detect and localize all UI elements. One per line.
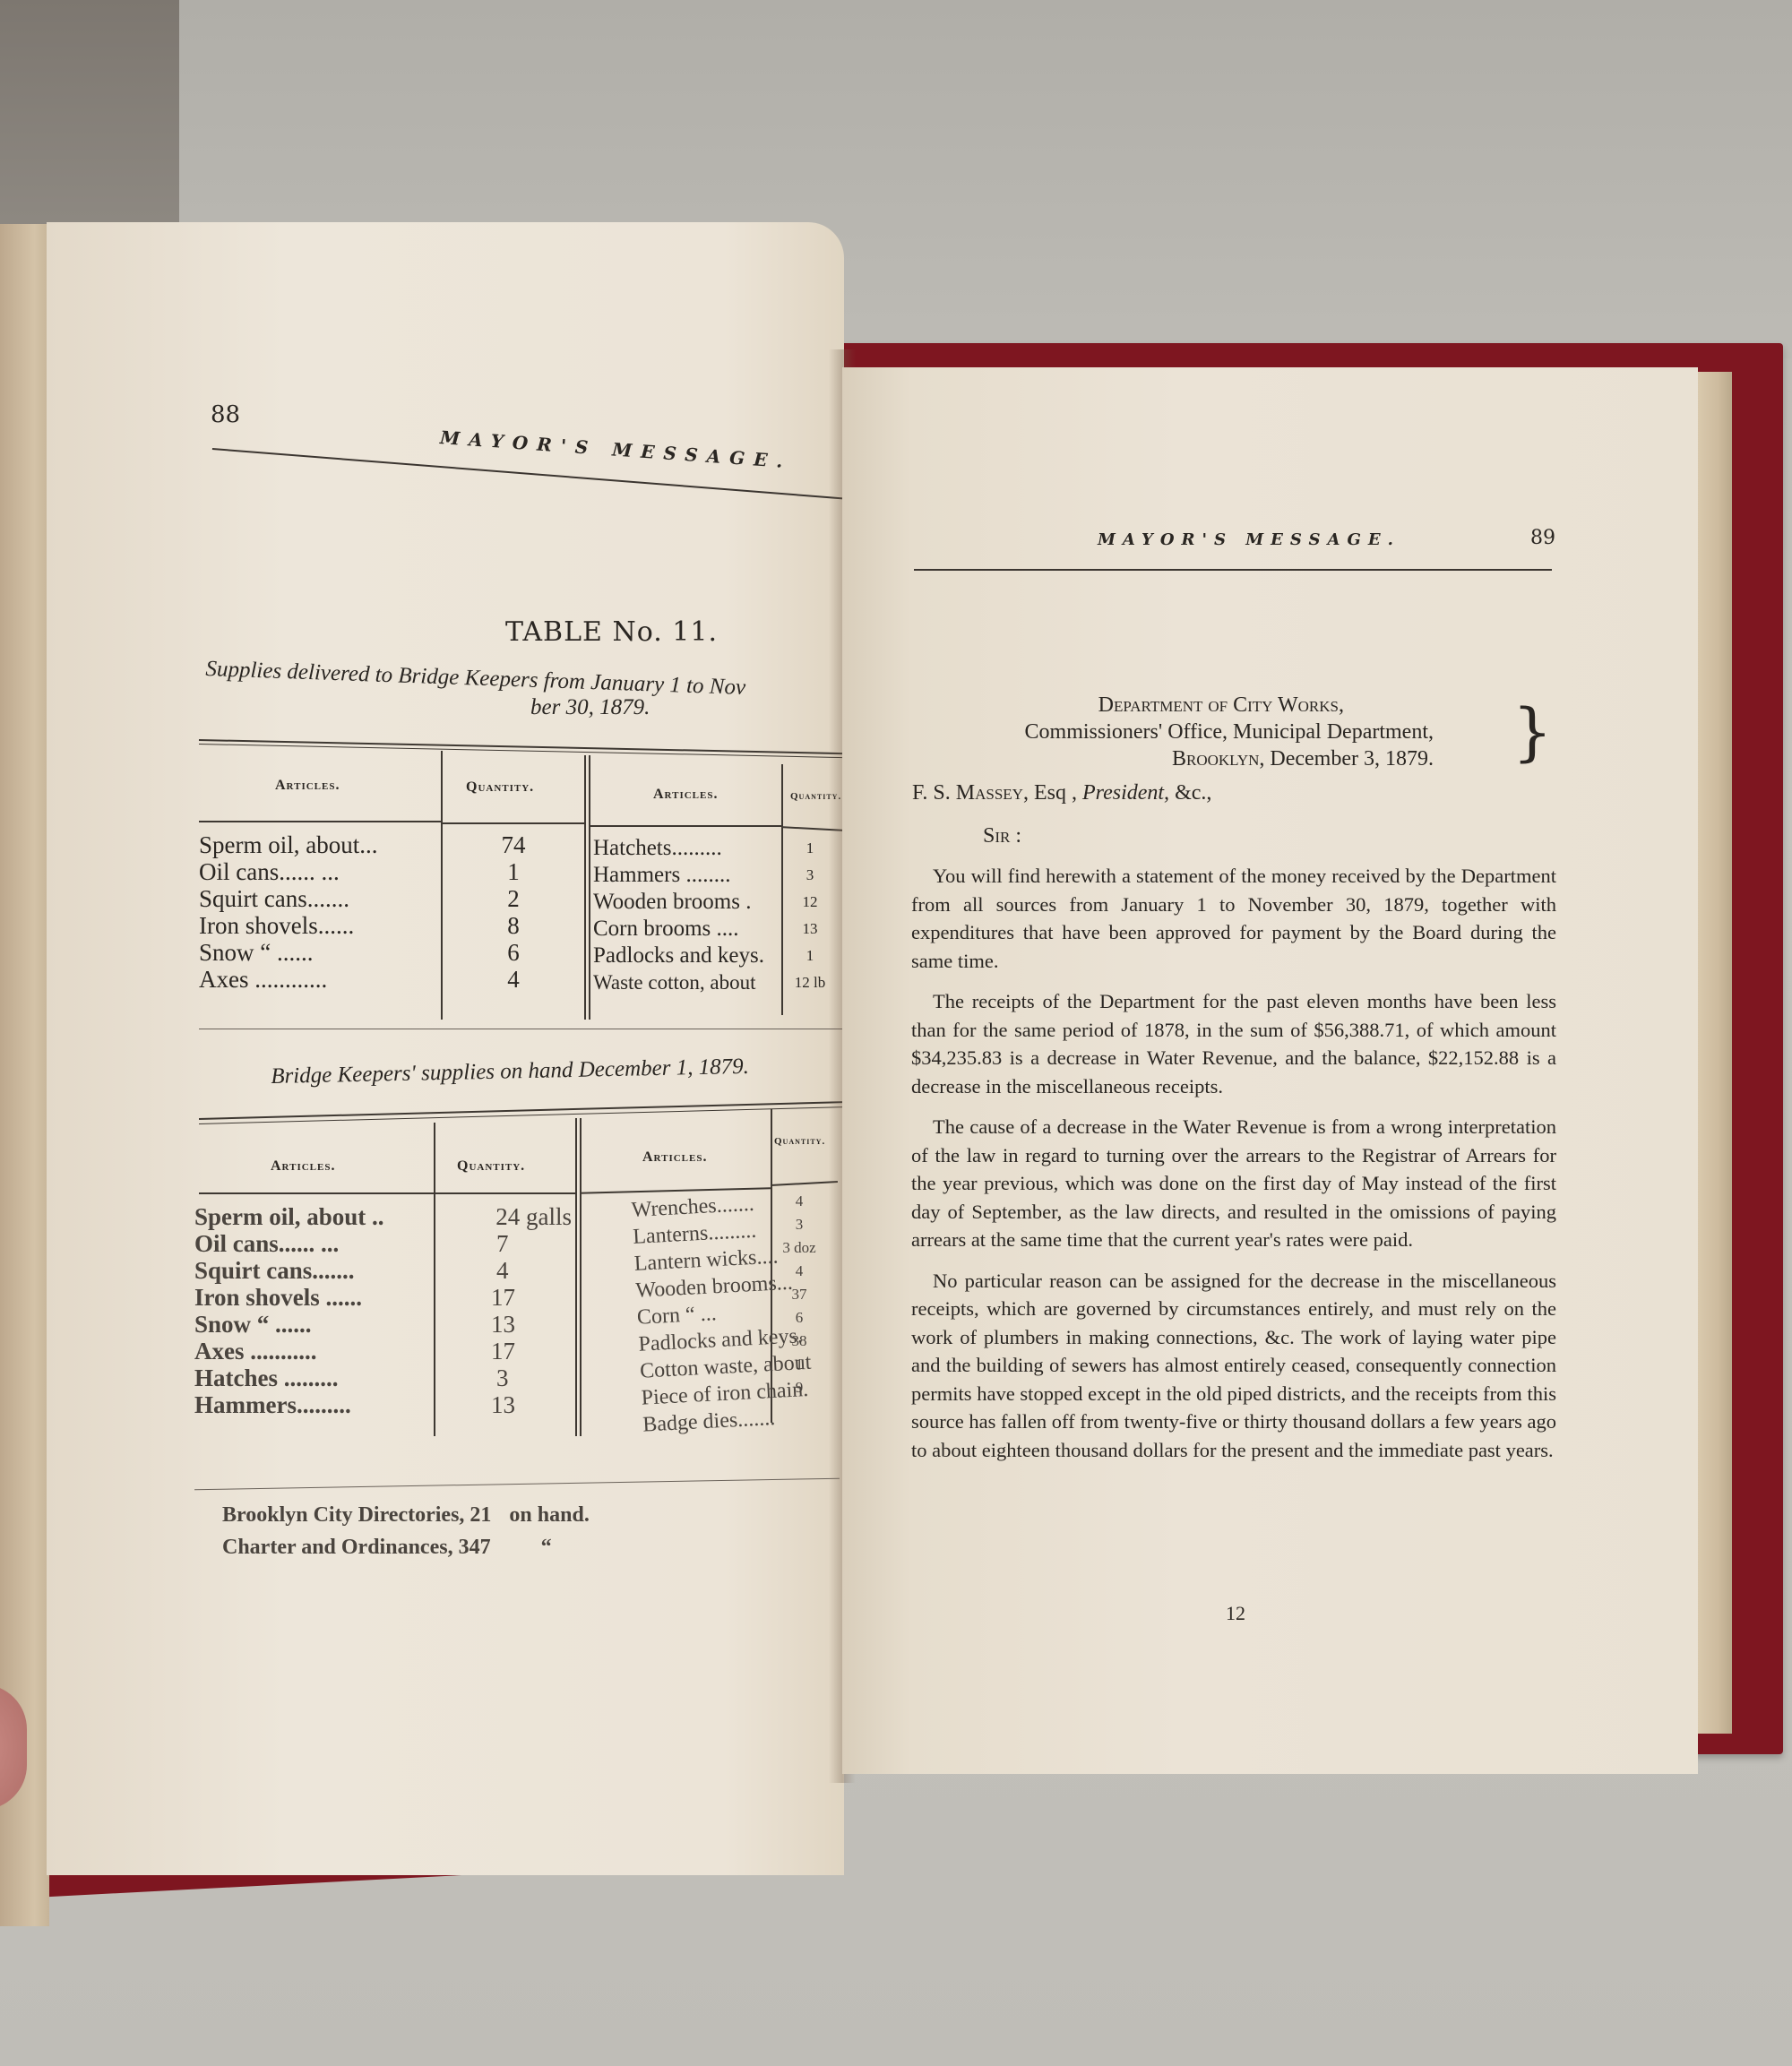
table-row-quantity: 4 bbox=[435, 1257, 575, 1284]
table-row-quantity: 6 bbox=[443, 939, 584, 966]
table-row-quantity: 17 bbox=[435, 1284, 575, 1311]
table2-right-quantities: 4 3 3 doz 4 37 6 38 1 9 bbox=[772, 1190, 826, 1399]
background-shadow bbox=[0, 0, 179, 233]
footer-line-suffix: “ bbox=[541, 1536, 552, 1559]
running-head: MAYOR'S MESSAGE. bbox=[1098, 530, 1400, 549]
table-row-article: Squirt cans....... bbox=[194, 1257, 434, 1284]
letterhead: Department of City Works, Commissioners'… bbox=[914, 692, 1434, 772]
table-row-article: Axes ............ bbox=[199, 966, 441, 993]
table-row-quantity: 1 bbox=[443, 858, 584, 885]
table2-left-quantities: 24 galls 7 4 17 13 17 3 13 bbox=[435, 1203, 575, 1418]
letterhead-department: Department of City Works, bbox=[914, 692, 1434, 719]
table2-caption: Bridge Keepers' supplies on hand Decembe… bbox=[271, 1055, 749, 1089]
table1-col-divider-double-b bbox=[589, 755, 590, 1020]
table1-header-articles: Articles. bbox=[275, 778, 340, 794]
addressee: F. S. Massey, Esq , President, &c., bbox=[912, 781, 1211, 805]
table-row-quantity: 3 bbox=[772, 1213, 826, 1236]
paragraph: The receipts of the Department for the p… bbox=[911, 987, 1556, 1100]
table-row-quantity: 6 bbox=[772, 1306, 826, 1330]
table1-col-divider-double-a bbox=[584, 755, 586, 1020]
table-row-article: Iron shovels ...... bbox=[194, 1284, 434, 1311]
footer-line-suffix: on hand. bbox=[509, 1503, 589, 1527]
table1-header-articles-2: Articles. bbox=[653, 787, 718, 803]
table1-header-quantity: Quantity. bbox=[466, 779, 534, 796]
table-row-quantity: 7 bbox=[435, 1230, 575, 1257]
footer-line-text: Charter and Ordinances, 347 bbox=[222, 1536, 491, 1559]
table2-header-articles: Articles. bbox=[271, 1158, 335, 1175]
table-row-article: Squirt cans....... bbox=[199, 885, 441, 912]
table-row-article: Sperm oil, about... bbox=[199, 831, 441, 858]
table-row-quantity: 24 galls bbox=[435, 1203, 575, 1230]
brace-mark: } bbox=[1512, 701, 1553, 763]
table-row-quantity: 13 bbox=[435, 1391, 575, 1418]
table1-header-rule bbox=[589, 825, 781, 827]
table-row-article: Axes ........... bbox=[194, 1338, 434, 1364]
table2-col-divider-double-b bbox=[580, 1118, 582, 1436]
paragraph: You will find herewith a statement of th… bbox=[911, 862, 1556, 975]
page-number: 89 bbox=[1530, 527, 1555, 549]
table2-header-articles-2: Articles. bbox=[642, 1149, 707, 1166]
table-row-article: Snow “ ...... bbox=[199, 939, 441, 966]
letterhead-office: Commissioners' Office, Municipal Departm… bbox=[914, 719, 1434, 745]
salutation: Sir : bbox=[983, 824, 1021, 848]
letter-body: You will find herewith a statement of th… bbox=[911, 862, 1556, 1464]
table-row-quantity: 74 bbox=[443, 831, 584, 858]
table-row-quantity: 13 bbox=[435, 1311, 575, 1338]
left-page: 88 MAYOR'S MESSAGE. TABLE No. 11. Suppli… bbox=[47, 222, 844, 1875]
table-row-quantity: 8 bbox=[443, 912, 584, 939]
table1-header-rule bbox=[441, 822, 584, 824]
table-row-article: Oil cans...... ... bbox=[194, 1230, 434, 1257]
addressee-title: Esq , bbox=[1034, 781, 1077, 805]
right-page: MAYOR'S MESSAGE. 89 Department of City W… bbox=[842, 367, 1698, 1774]
table2-left-articles: Sperm oil, about .. Oil cans...... ... S… bbox=[194, 1203, 434, 1418]
paragraph: No particular reason can be assigned for… bbox=[911, 1267, 1556, 1465]
table-row-article: Oil cans...... ... bbox=[199, 858, 441, 885]
table-row-article: Waste cotton, about bbox=[593, 969, 781, 996]
table2-header-rule bbox=[434, 1192, 575, 1194]
addressee-role: President, bbox=[1082, 781, 1169, 805]
addressee-name: F. S. Massey, bbox=[912, 781, 1029, 805]
table2-header-quantity: Quantity. bbox=[457, 1158, 525, 1175]
letterhead-date: December 3, 1879. bbox=[1270, 747, 1434, 770]
table1-header-rule bbox=[199, 821, 441, 822]
table-row-quantity: 9 bbox=[772, 1376, 826, 1399]
table-row-article: Sperm oil, about .. bbox=[194, 1203, 434, 1230]
table-row-quantity: 38 bbox=[772, 1330, 826, 1353]
table-row-article: Wooden brooms . bbox=[593, 889, 781, 916]
page-block-edge-left bbox=[0, 224, 49, 1926]
table-row-article: Padlocks and keys. bbox=[593, 943, 781, 969]
table-row-quantity: 1 bbox=[772, 1353, 826, 1376]
addressee-etc: &c., bbox=[1175, 781, 1211, 805]
table1-right-articles: Hatchets......... Hammers ........ Woode… bbox=[593, 835, 781, 996]
footer-notes: Brooklyn City Directories, 21 on hand. C… bbox=[222, 1499, 590, 1563]
letterhead-place: Brooklyn, bbox=[1172, 747, 1264, 770]
table-row-quantity: 4 bbox=[772, 1190, 826, 1213]
table2-top-rule bbox=[199, 1101, 844, 1120]
table-row-article: Hatches ......... bbox=[194, 1364, 434, 1391]
table-row-article: Corn brooms .... bbox=[593, 916, 781, 943]
table-row-quantity: 3 doz bbox=[772, 1236, 826, 1260]
header-rule bbox=[914, 569, 1552, 571]
page-number: 88 bbox=[211, 401, 240, 428]
paragraph: The cause of a decrease in the Water Rev… bbox=[911, 1113, 1556, 1254]
table2-header-rule bbox=[771, 1181, 838, 1186]
table-row-article: Hammers ........ bbox=[593, 862, 781, 889]
table2-header-quantity-2: Quantity. bbox=[774, 1136, 825, 1147]
page-block-edge-right bbox=[1698, 372, 1732, 1734]
table-row-quantity: 17 bbox=[435, 1338, 575, 1364]
table1-caption-line2: ber 30, 1879. bbox=[530, 695, 650, 720]
table-row-quantity: 4 bbox=[443, 966, 584, 993]
table-row-quantity: 4 bbox=[772, 1260, 826, 1283]
table-row-article: Snow “ ...... bbox=[194, 1311, 434, 1338]
footer-line-charter: Charter and Ordinances, 347 “ bbox=[222, 1531, 590, 1563]
table1-top-rule bbox=[199, 739, 844, 754]
table1-bottom-rule bbox=[199, 1029, 844, 1029]
table1-left-articles: Sperm oil, about... Oil cans...... ... S… bbox=[199, 831, 441, 993]
letterhead-place-date: Brooklyn, December 3, 1879. bbox=[914, 745, 1434, 772]
table-row-quantity: 2 bbox=[443, 885, 584, 912]
footer-line-directories: Brooklyn City Directories, 21 on hand. bbox=[222, 1499, 590, 1531]
table-row-article: Hammers......... bbox=[194, 1391, 434, 1418]
table-row-quantity: 37 bbox=[772, 1283, 826, 1306]
table1-caption-line1: Supplies delivered to Bridge Keepers fro… bbox=[205, 657, 746, 701]
table2-bottom-rule bbox=[194, 1478, 840, 1491]
table-row-quantity: 3 bbox=[435, 1364, 575, 1391]
running-head: MAYOR'S MESSAGE. bbox=[439, 426, 792, 472]
signature-mark: 12 bbox=[1226, 1602, 1245, 1625]
table1-left-quantities: 74 1 2 8 6 4 bbox=[443, 831, 584, 993]
table2-col-divider-double-a bbox=[575, 1118, 577, 1436]
table-title: TABLE No. 11. bbox=[505, 616, 718, 648]
table-row-article: Iron shovels...... bbox=[199, 912, 441, 939]
footer-line-text: Brooklyn City Directories, 21 bbox=[222, 1503, 491, 1527]
table2-header-rule bbox=[199, 1192, 434, 1194]
table-row-article: Hatchets......... bbox=[593, 835, 781, 862]
